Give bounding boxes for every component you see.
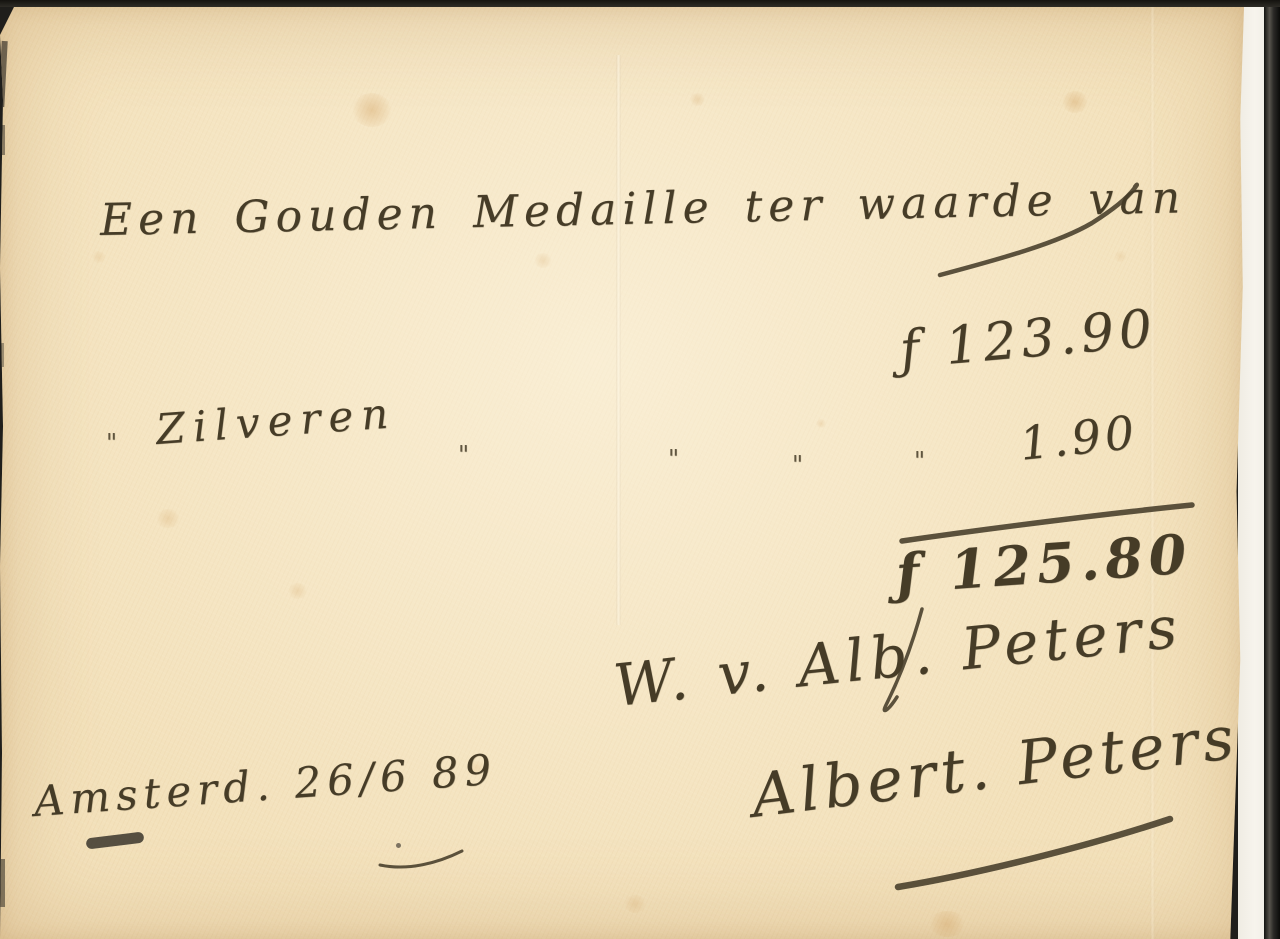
signature-line-1: W. v. Alb. Peters — [611, 597, 1185, 714]
signature-line-2: Albert. Peters — [748, 708, 1241, 827]
foxing-stain — [92, 251, 106, 263]
scanner-edge-bar — [1264, 0, 1280, 939]
ink-speck — [396, 843, 401, 848]
handwritten-line-1: Een Gouden Medaille ter waarde van — [100, 176, 1187, 243]
date-underline — [380, 851, 462, 867]
foxing-stain — [288, 583, 307, 599]
ink-smudge — [86, 832, 145, 850]
right-crease-line — [1150, 7, 1155, 939]
foxing-stain — [352, 93, 392, 127]
edge-speck — [0, 859, 5, 907]
foxing-stain — [1062, 91, 1088, 113]
foxing-stain — [624, 895, 646, 913]
scanned-receipt: Een Gouden Medaille ter waarde van ƒ 123… — [0, 0, 1280, 939]
edge-speck — [0, 41, 8, 107]
foxing-stain — [928, 911, 966, 937]
ditto-mark: " — [792, 453, 803, 477]
center-fold-line — [616, 55, 621, 625]
place-date-line: Amsterd. 26/6 89 — [33, 749, 499, 823]
edge-speck — [1, 125, 5, 155]
receipt-paper: Een Gouden Medaille ter waarde van ƒ 123… — [0, 7, 1244, 939]
foxing-stain — [534, 253, 552, 268]
foxing-stain — [156, 509, 180, 528]
ditto-mark: " — [106, 431, 117, 455]
ditto-mark: " — [668, 447, 679, 471]
foxing-stain — [690, 93, 705, 106]
scanner-edge-top — [0, 0, 1280, 7]
foxing-stain — [1114, 251, 1127, 262]
signature-underline — [898, 819, 1170, 887]
silver-medal-amount: 1.90 — [1018, 409, 1141, 467]
silver-word: Zilveren — [155, 392, 398, 451]
gold-medal-amount: ƒ 123.90 — [898, 303, 1159, 377]
ditto-mark: " — [458, 443, 469, 467]
edge-speck — [0, 343, 4, 367]
ditto-mark: " — [914, 449, 925, 473]
foxing-stain — [816, 419, 826, 428]
total-amount: ƒ 125.80 — [894, 526, 1194, 601]
